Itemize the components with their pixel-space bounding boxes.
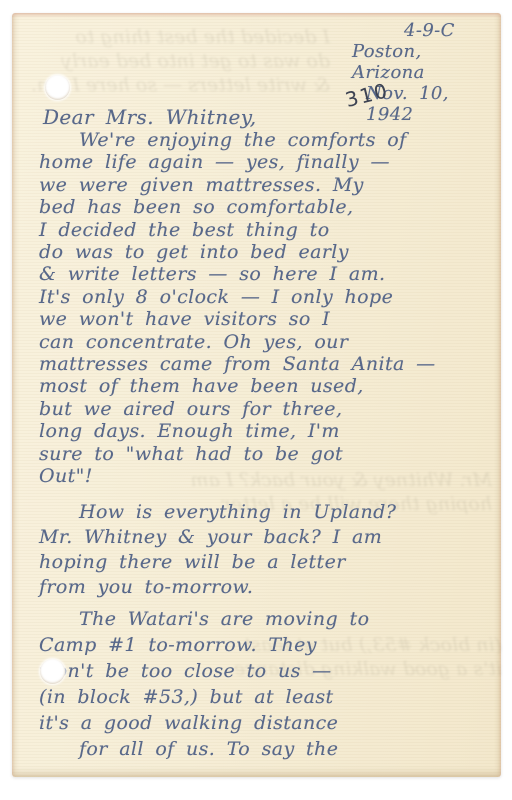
letter-line: can concentrate. Oh yes, our (39, 331, 495, 353)
salutation: Dear Mrs. Whitney, (43, 105, 257, 129)
letter-line: from you to-morrow. (39, 575, 495, 600)
paragraph: We're enjoying the comforts ofhome life … (39, 129, 495, 488)
punch-hole-top (45, 75, 70, 100)
letter-line: we were given mattresses. My (39, 174, 495, 196)
letter-line: we won't have visitors so I (39, 308, 495, 330)
letter-line: I decided the best thing to (39, 219, 495, 241)
letter-line: but we aired ours for three, (39, 398, 495, 420)
paragraph: How is everything in Upland?Mr. Whitney … (39, 500, 495, 600)
letter-line: hoping there will be a letter (39, 550, 495, 575)
letter-line: We're enjoying the comforts of (39, 129, 495, 151)
letter-line: most of them have been used, (39, 375, 495, 397)
letter-line: Camp #1 to-morrow. They (39, 632, 495, 658)
letter-line: & write letters — so here I am. (39, 263, 495, 285)
letter-line: Out"! (39, 465, 495, 487)
bleedthrough-text: I decided the best thing to do was to ge… (30, 25, 330, 97)
letter-header: 4-9-C Poston, Arizona Nov. 10, 1942 (352, 20, 497, 125)
letter-line: (in block #53,) but at least (39, 684, 495, 710)
letter-line: it's a good walking distance (39, 710, 495, 736)
letter-line: The Watari's are moving to (39, 606, 495, 632)
letter-line: home life again — yes, finally — (39, 151, 495, 173)
letter-line: How is everything in Upland? (39, 500, 495, 525)
letter-line: bed has been so comfortable, (39, 196, 495, 218)
letter-line: Mr. Whitney & your back? I am (39, 525, 495, 550)
letter-body: We're enjoying the comforts ofhome life … (39, 129, 495, 762)
letter-line: won't be too close to us — (39, 658, 495, 684)
header-address-unit: 4-9-C (404, 20, 497, 41)
letter-line: mattresses came from Santa Anita — (39, 353, 495, 375)
letter-line: for all of us. To say the (39, 736, 495, 762)
letter-line: long days. Enough time, I'm (39, 420, 495, 442)
paragraph: The Watari's are moving toCamp #1 to-mor… (39, 606, 495, 762)
punch-hole-bottom (40, 659, 65, 684)
letter-scan: { "document": { "kind": "handwritten-let… (0, 0, 512, 800)
letter-line: It's only 8 o'clock — I only hope (39, 286, 495, 308)
letter-line: do was to get into bed early (39, 241, 495, 263)
header-address-city: Poston, Arizona (352, 41, 497, 83)
letter-paper: I decided the best thing to do was to ge… (12, 13, 501, 777)
letter-line: sure to "what had to be got (39, 443, 495, 465)
